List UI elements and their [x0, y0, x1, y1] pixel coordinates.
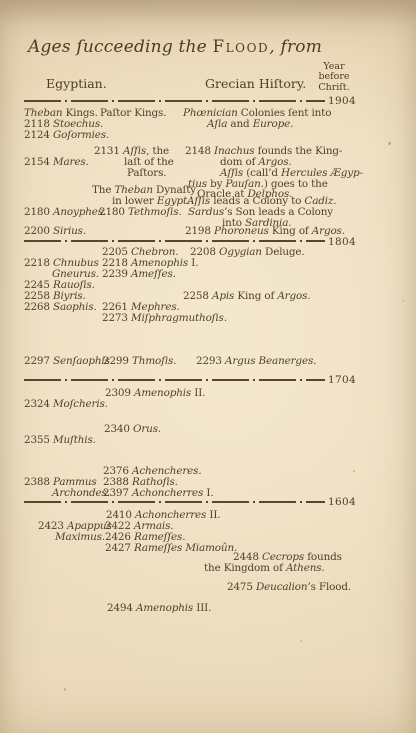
text-segment: Miſphragmuthoſis. [131, 312, 227, 324]
text-segment: Goſormies. [53, 129, 109, 141]
grecian-entry-2198: 2198 Phoroneus King of Argos. [185, 226, 345, 237]
text-segment: 2324 [24, 398, 53, 410]
egyptian-entry-2180: 2180 Anoyphes. [24, 207, 106, 218]
egyptian-entry-2297: 2297 Senſaophis. [24, 356, 113, 367]
text-segment: 2131 [94, 145, 123, 157]
text-segment: II. [206, 509, 220, 521]
text-segment: Moſcheris. [53, 398, 108, 410]
text-segment: 2297 [24, 355, 53, 367]
text-segment: Paſtors. [127, 167, 166, 179]
text-segment: Apis [212, 290, 234, 302]
text-segment: Saophis. [53, 301, 97, 313]
text-segment: Aſia [207, 118, 227, 130]
text-segment: Ameſſes. [131, 268, 176, 280]
egyptian-entry-2355: 2355 Muſthis. [24, 435, 96, 446]
pastor-entry-2397: 2397 Achoncherres I. [103, 488, 214, 499]
text-segment: Argos. [277, 290, 310, 302]
text-segment: 2218 [24, 257, 53, 269]
text-segment: Archondes. [52, 487, 110, 499]
text-segment: Europe. [253, 118, 294, 130]
section-rule-1804 [24, 240, 325, 242]
year-marker-1704: 1704 [328, 374, 356, 386]
text-segment: 2268 [24, 301, 53, 313]
text-segment: Amenophis [136, 602, 193, 614]
text-segment: I. [188, 257, 198, 269]
text-segment: 2258 [183, 290, 212, 302]
text-segment: Tethmoſis. [128, 206, 182, 218]
year-header-line: Chriſt. [310, 83, 358, 93]
text-segment: 2355 [24, 434, 53, 446]
year-before-christ-header: Year before Chriſt. [310, 62, 358, 93]
pastor-entry-2340: 2340 Orus. [104, 424, 161, 435]
column-header-grecian: Grecian Hiſtory. [205, 76, 306, 91]
pastor-entry-2309: 2309 Amenophis II. [105, 388, 205, 399]
pastor-entry-2180: 2180 Tethmoſis. [99, 207, 182, 218]
text-segment: Achoncherres [132, 487, 203, 499]
text-segment: Amenophis [134, 387, 191, 399]
text-segment: II. [191, 387, 205, 399]
egyptian-entry-2124: 2124 Goſormies. [24, 130, 109, 141]
text-segment: Maximus. [55, 531, 105, 543]
text-segment: Argos. [312, 225, 345, 237]
pastor-kings-heading: Paſtor Kings. [100, 108, 166, 119]
book-page: Ages ſucceeding the Flood, from Egyptian… [0, 0, 416, 733]
paper-speck [388, 142, 391, 145]
text-segment: the Kingdom of [204, 562, 286, 574]
grecian-entry-2258: 2258 Apis King of Argos. [183, 291, 310, 302]
text-segment: 2475 [227, 581, 256, 593]
grecian-entry-2293: 2293 Argus Beanerges. [196, 356, 316, 367]
grecian-entry-2475: 2475 Deucalion’s Flood. [227, 582, 351, 593]
egyptian-entry-2268: 2268 Saophis. [24, 302, 97, 313]
text-segment: 2273 [102, 312, 131, 324]
pastor-entry-2427: 2427 Rameſſes Miamoûn. [105, 543, 237, 554]
grecian-entry-phoenician-2: Aſia and Europe. [207, 119, 293, 130]
year-marker-1904: 1904 [328, 95, 356, 107]
text-segment: Athens. [286, 562, 325, 574]
text-segment: I. [203, 487, 213, 499]
year-marker-1804: 1804 [328, 236, 356, 248]
text-segment: 2239 [102, 268, 131, 280]
text-segment: Rameſſes Miamoûn. [134, 542, 237, 554]
pastor-entry-2239: 2239 Ameſſes. [102, 269, 176, 280]
pastor-entry-2273: 2273 Miſphragmuthoſis. [102, 313, 227, 324]
column-header-egyptian: Egyptian. [46, 76, 107, 91]
text-segment: Thmoſis. [132, 355, 176, 367]
text-segment: Muſthis. [53, 434, 96, 446]
paper-speck [402, 300, 404, 302]
section-rule-1604 [24, 501, 325, 503]
paper-speck [353, 470, 355, 472]
text-segment: 2180 [99, 206, 128, 218]
text-segment: III. [193, 602, 211, 614]
text-segment: Paſtor Kings. [100, 107, 166, 119]
text-segment: 2180 [24, 206, 53, 218]
text-segment: 2427 [105, 542, 134, 554]
egyptian-entry-2423-2: Maximus. [55, 532, 105, 543]
text-segment: 2494 [107, 602, 136, 614]
text-segment: King of [269, 225, 312, 237]
text-segment: 2388 [24, 476, 53, 488]
text-segment: King of [234, 290, 277, 302]
text-segment: 2340 [104, 423, 133, 435]
egyptian-entry-2324: 2324 Moſcheris. [24, 399, 108, 410]
text-segment: 2309 [105, 387, 134, 399]
text-segment: Ogygian [219, 246, 262, 258]
text-segment: 2293 [196, 355, 225, 367]
year-marker-1604: 1604 [328, 496, 356, 508]
text-segment: Phoroneus [214, 225, 269, 237]
pastor-entry-2299: 2299 Thmoſis. [103, 356, 176, 367]
pastor-entry-2131-3: Paſtors. [127, 168, 166, 179]
text-segment: Orus. [133, 423, 161, 435]
text-segment: Mares. [53, 156, 89, 168]
text-segment: 2200 [24, 225, 53, 237]
text-segment: 2148 [185, 145, 214, 157]
text-segment: ’s Flood. [307, 581, 351, 593]
page-title-text: Ages ſucceeding the [28, 37, 213, 57]
text-segment: Deucalion [256, 581, 307, 593]
text-segment: and [227, 118, 252, 130]
text-segment: 2124 [24, 129, 53, 141]
text-segment: 2397 [103, 487, 132, 499]
egyptian-entry-2200: 2200 Sirius. [24, 226, 86, 237]
text-segment: Argus Beanerges. [225, 355, 316, 367]
grecian-entry-2208: 2208 Ogygian Deluge. [190, 247, 305, 258]
pastor-entry-2494: 2494 Amenophis III. [107, 603, 211, 614]
page-title: Ages ſucceeding the Flood, from [28, 37, 322, 57]
text-segment: 2299 [103, 355, 132, 367]
text-segment: Deluge. [262, 246, 305, 258]
section-rule-1704 [24, 379, 325, 381]
paper-speck [64, 688, 66, 691]
text-segment: Sardus [188, 206, 224, 218]
page-title-flood-word: Flood [213, 37, 270, 56]
text-segment: 2198 [185, 225, 214, 237]
paper-speck [300, 640, 302, 642]
section-rule-1904 [24, 100, 325, 102]
grecian-entry-2448-2: the Kingdom of Athens. [204, 563, 325, 574]
text-segment: Sirius. [53, 225, 86, 237]
text-segment: 2154 [24, 156, 53, 168]
page-title-text-end: , from [269, 37, 322, 57]
egyptian-entry-2388-2: Archondes. [52, 488, 110, 499]
egyptian-entry-2154: 2154 Mares. [24, 157, 89, 168]
